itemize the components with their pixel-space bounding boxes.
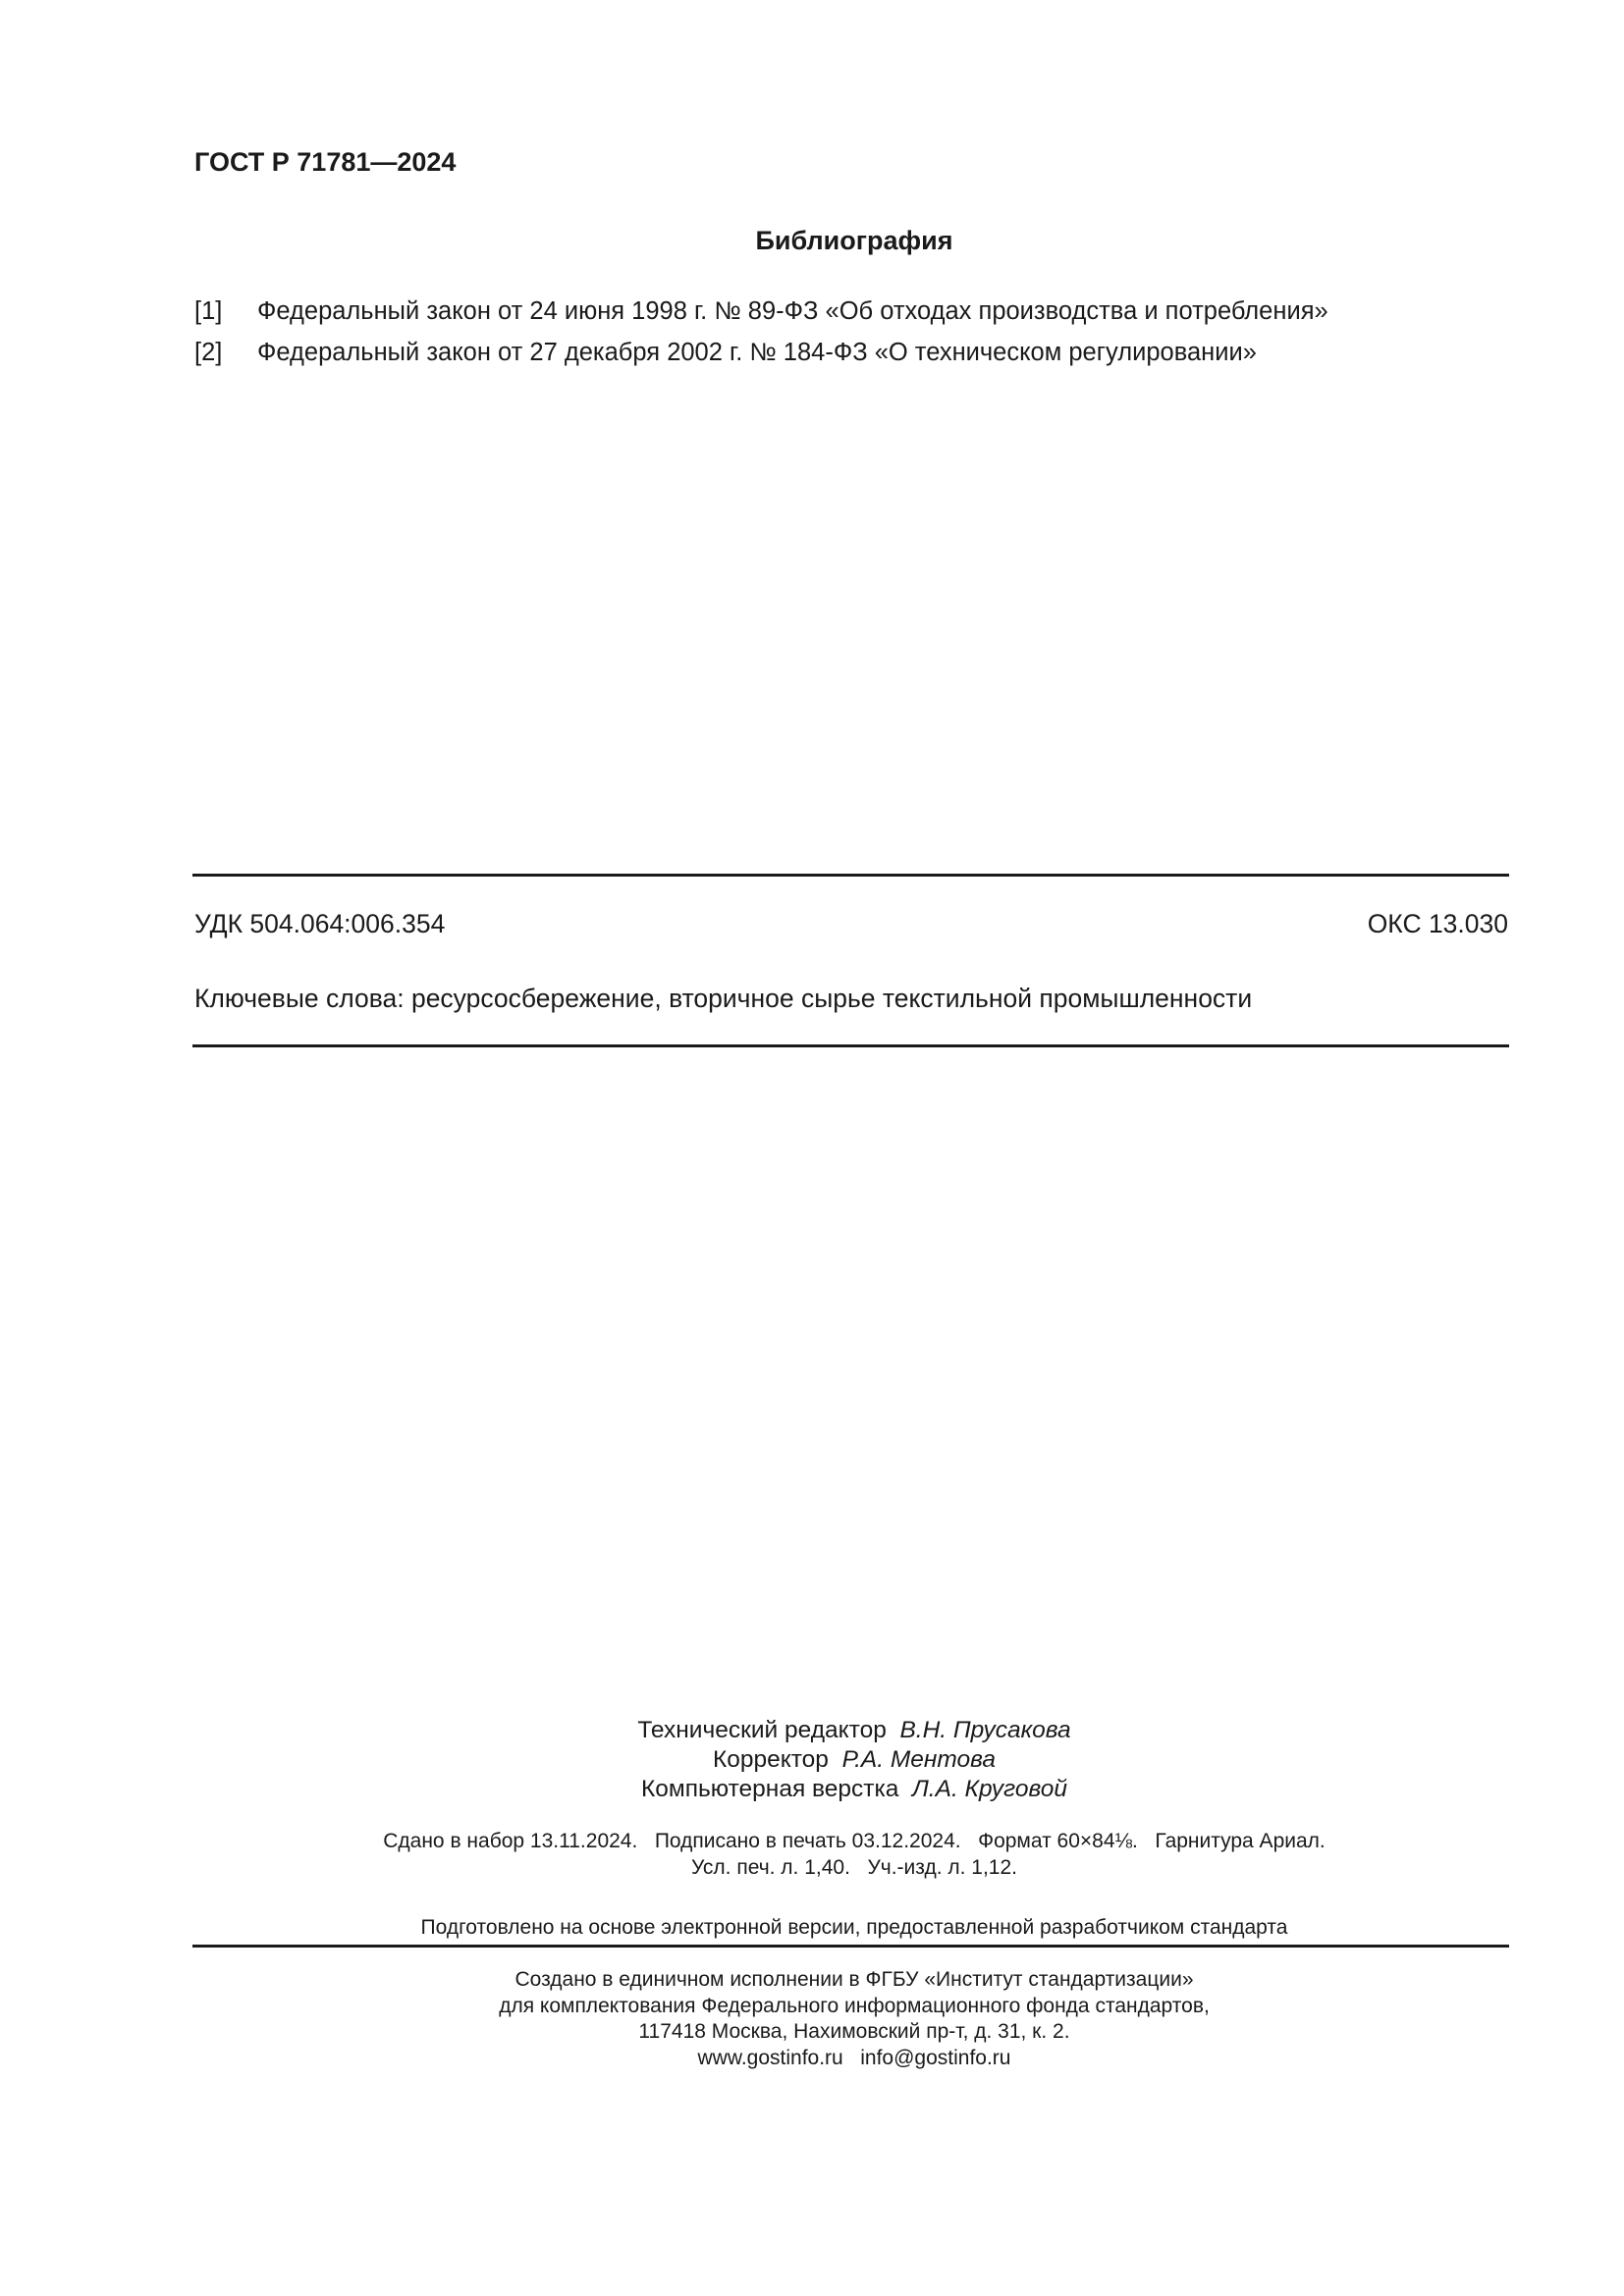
email-link[interactable]: info@gostinfo.ru xyxy=(860,2047,1010,2069)
staff-name: Л.А. Круговой xyxy=(912,1776,1067,1802)
staff-name: Р.А. Ментова xyxy=(842,1746,996,1773)
staff-role: Компьютерная верстка xyxy=(641,1776,898,1802)
keywords: Ключевые слова: ресурсосбережение, втори… xyxy=(194,984,1252,1014)
publisher-imprint: Создано в единичном исполнении в ФГБУ «И… xyxy=(0,1967,1624,2071)
bibliography-item-number: [2] xyxy=(194,339,257,367)
imprint-contacts: www.gostinfo.ru info@gostinfo.ru xyxy=(0,2046,1624,2072)
document-code: ГОСТ Р 71781—2024 xyxy=(194,147,456,178)
website-link[interactable]: www.gostinfo.ru xyxy=(698,2047,843,2069)
imprint-line: Создано в единичном исполнении в ФГБУ «И… xyxy=(0,1967,1624,1994)
oks-code: ОКС 13.030 xyxy=(1368,909,1508,939)
staff-role: Технический редактор xyxy=(637,1717,887,1743)
bibliography-title: Библиография xyxy=(0,226,1624,256)
print-info-line: Усл. печ. л. 1,40. Уч.-изд. л. 1,12. xyxy=(0,1854,1624,1881)
divider-line xyxy=(192,1044,1509,1047)
staff-line: Компьютерная верстка Л.А. Круговой xyxy=(0,1775,1624,1804)
staff-line: Технический редактор В.Н. Прусакова xyxy=(0,1716,1624,1745)
bibliography-item-number: [1] xyxy=(194,297,257,326)
imprint-line: для комплектования Федерального информац… xyxy=(0,1994,1624,2020)
print-info-line: Сдано в набор 13.11.2024. Подписано в пе… xyxy=(0,1828,1624,1854)
bibliography-item-text: Федеральный закон от 24 июня 1998 г. № 8… xyxy=(257,297,1328,325)
bibliography-item: [1]Федеральный закон от 24 июня 1998 г. … xyxy=(194,297,1328,326)
staff-line: Корректор Р.А. Ментова xyxy=(0,1745,1624,1775)
staff-name: В.Н. Прусакова xyxy=(899,1717,1070,1743)
imprint-address: 117418 Москва, Нахимовский пр-т, д. 31, … xyxy=(0,2019,1624,2046)
divider-line xyxy=(192,874,1509,877)
divider-line xyxy=(192,1945,1509,1948)
bibliography-item: [2]Федеральный закон от 27 декабря 2002 … xyxy=(194,339,1257,367)
bibliography-item-text: Федеральный закон от 27 декабря 2002 г. … xyxy=(257,339,1257,366)
udk-code: УДК 504.064:006.354 xyxy=(194,909,445,939)
print-info: Сдано в набор 13.11.2024. Подписано в пе… xyxy=(0,1828,1624,1881)
prepared-note: Подготовлено на основе электронной верси… xyxy=(0,1916,1624,1940)
staff-role: Корректор xyxy=(713,1746,829,1773)
staff-credits: Технический редактор В.Н. Прусакова Корр… xyxy=(0,1716,1624,1804)
